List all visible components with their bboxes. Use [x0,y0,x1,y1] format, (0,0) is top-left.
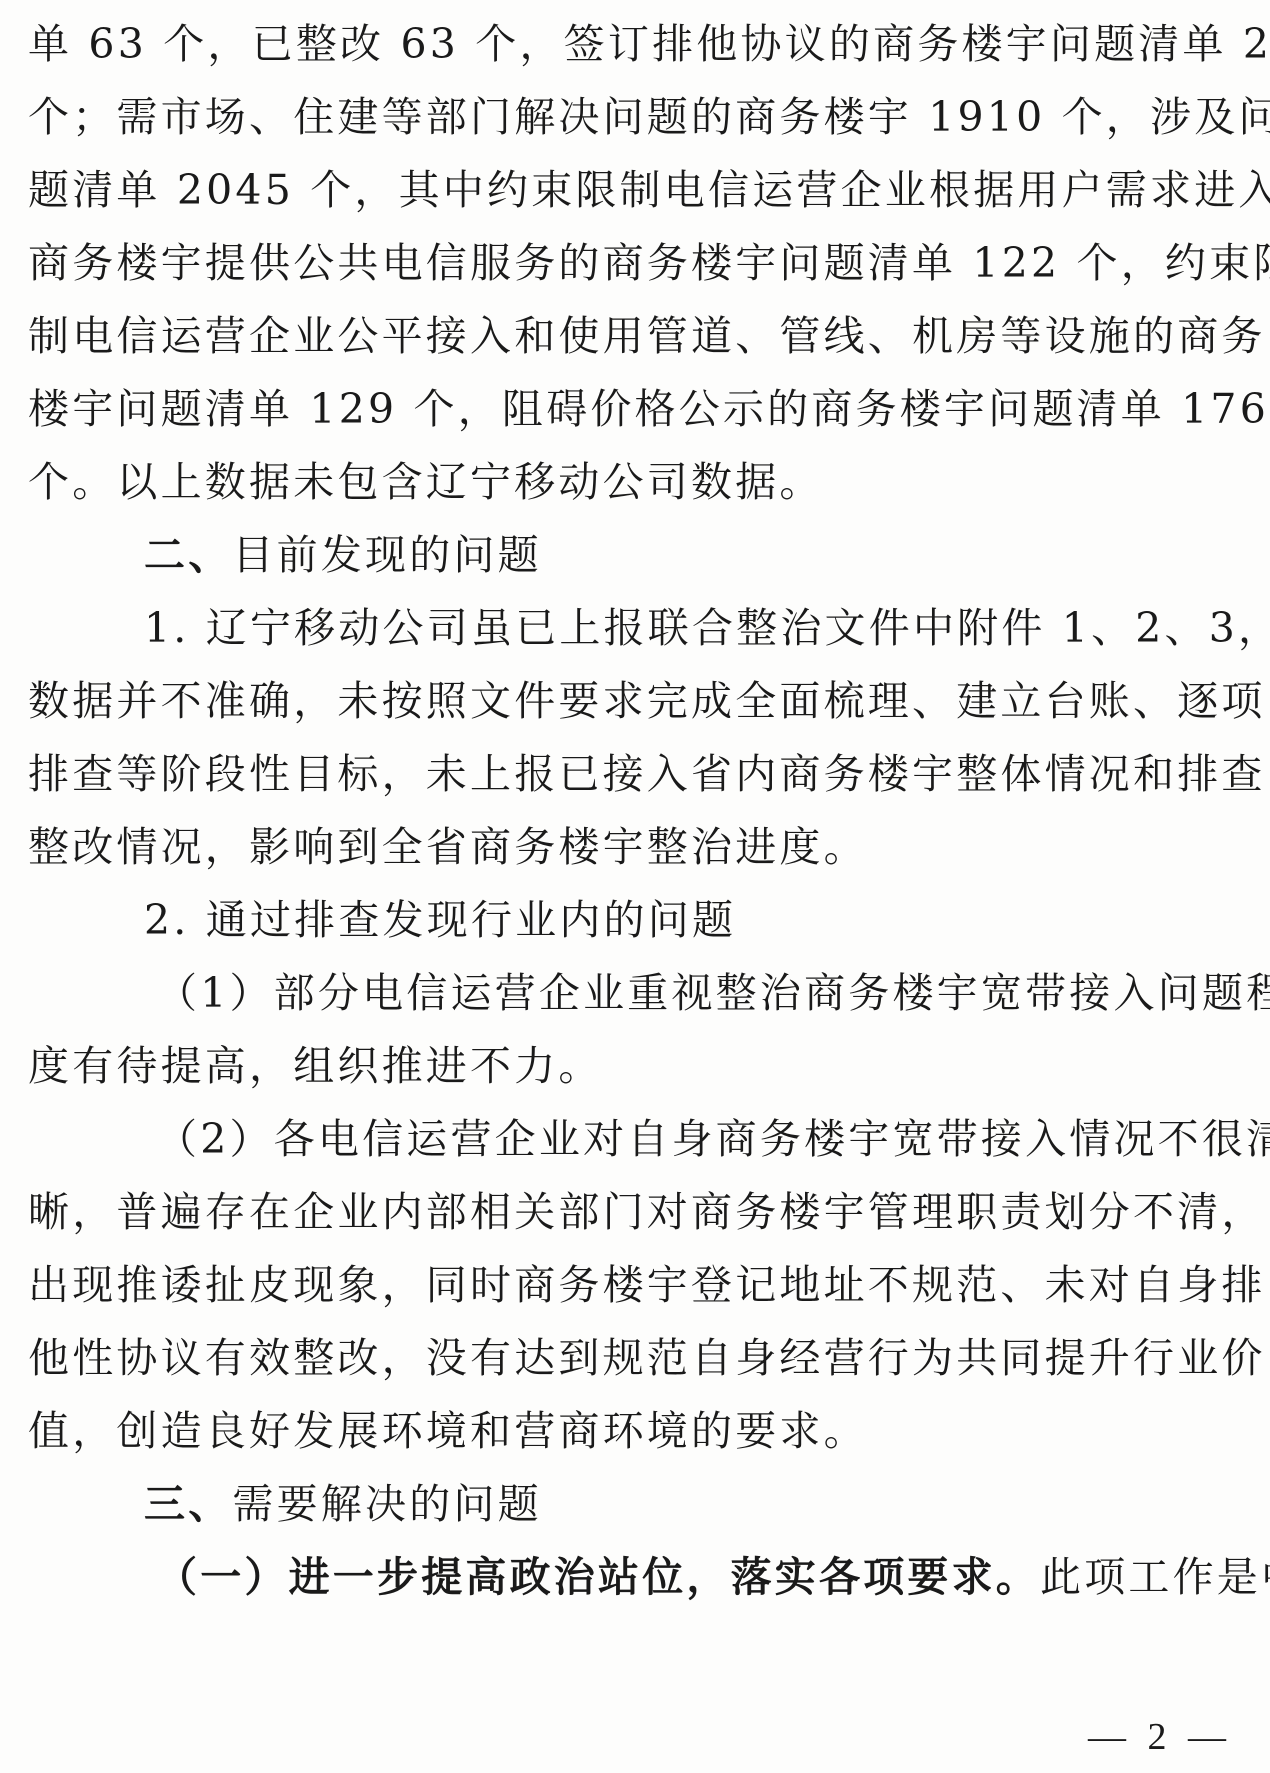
section-heading-2: 二、目前发现的问题 [144,519,542,592]
paragraph-line: 1. 辽宁移动公司虽已上报联合整治文件中附件 1、2、3，但 [144,592,1270,665]
paragraph-line: 楼宇问题清单 129 个，阻碍价格公示的商务楼宇问题清单 1766 [28,373,1270,446]
paragraph-line: 商务楼宇提供公共电信服务的商务楼宇问题清单 122 个，约束限 [28,227,1270,300]
paragraph-line: 数据并不准确，未按照文件要求完成全面梳理、建立台账、逐项 [28,665,1266,738]
section-title: 需要解决的问题 [232,1480,541,1528]
paragraph-line: 排查等阶段性目标，未上报已接入省内商务楼宇整体情况和排查 [28,738,1266,811]
bold-lead-text: （一）进一步提高政治站位，落实各项要求。 [156,1553,1040,1601]
paragraph-line: 题清单 2045 个，其中约束限制电信运营企业根据用户需求进入 [28,154,1270,227]
paragraph-line: （2）各电信运营企业对自身商务楼宇宽带接入情况不很清 [156,1103,1270,1176]
paragraph-line: （一）进一步提高政治站位，落实各项要求。此项工作是中 [156,1541,1270,1614]
paragraph-line: 晰，普遍存在企业内部相关部门对商务楼宇管理职责划分不清， [28,1176,1266,1249]
section-number: 三、 [144,1480,232,1528]
paragraph-line: 他性协议有效整改，没有达到规范自身经营行为共同提升行业价 [28,1322,1266,1395]
paragraph-line: 值，创造良好发展环境和营商环境的要求。 [28,1395,868,1468]
paragraph-line: 整改情况，影响到全省商务楼宇整治进度。 [28,811,868,884]
paragraph-line: 制电信运营企业公平接入和使用管道、管线、机房等设施的商务 [28,300,1266,373]
paragraph-line: 个。以上数据未包含辽宁移动公司数据。 [28,446,824,519]
section-title: 目前发现的问题 [232,531,541,579]
paragraph-line: 度有待提高，组织推进不力。 [28,1030,603,1103]
paragraph-text: 此项工作是中 [1040,1553,1270,1601]
paragraph-line: 个；需市场、住建等部门解决问题的商务楼宇 1910 个，涉及问 [28,81,1270,154]
paragraph-line: 单 63 个，已整改 63 个，签订排他协议的商务楼宇问题清单 28 [28,8,1270,81]
paragraph-line: （1）部分电信运营企业重视整治商务楼宇宽带接入问题程 [156,957,1270,1030]
paragraph-line: 出现推诿扯皮现象，同时商务楼宇登记地址不规范、未对自身排 [28,1249,1266,1322]
page-number: — 2 — [1088,1715,1232,1759]
subsection-title: 2. 通过排查发现行业内的问题 [144,884,736,957]
section-number: 二、 [144,531,232,579]
section-heading-3: 三、需要解决的问题 [144,1468,542,1541]
